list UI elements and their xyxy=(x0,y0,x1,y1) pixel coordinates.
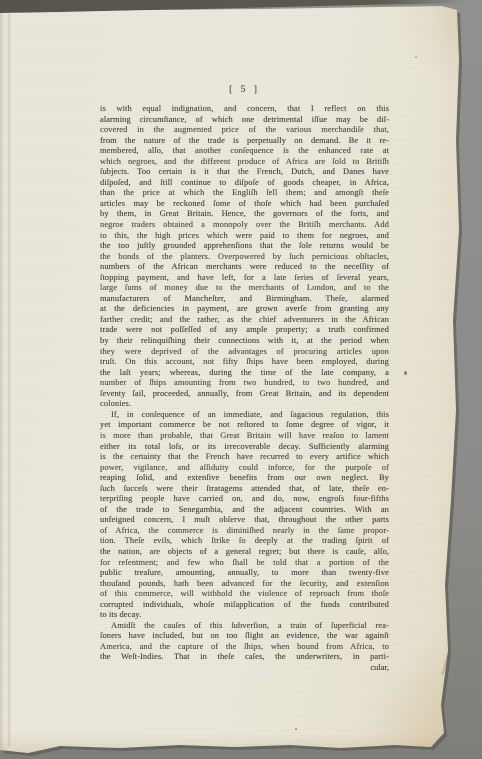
text-line: ſuch ſucceſs were their ſtratagems atten… xyxy=(100,483,389,494)
text-line: of Africa, the commerce is diminiſhed ne… xyxy=(100,525,389,536)
text-line: trade were not poſſeſſed of any ample pr… xyxy=(100,324,389,335)
text-line: public treaſure, amounting, annually, to… xyxy=(100,567,389,578)
text-line: number of ſhips amounting from two hundr… xyxy=(100,377,389,388)
text-line: alarming circumſtance, of which one detr… xyxy=(100,114,389,125)
text-line: negroe traders obtained a monopoly over … xyxy=(100,219,389,230)
text-line: by them, in Great Britain. Hence, the go… xyxy=(100,208,389,219)
text-line: the Weſt-Indies. That in theſe caſes, th… xyxy=(100,651,389,662)
text-line: America, and the capture of the ſhips, w… xyxy=(100,641,389,652)
paragraph: is with equal indignation, and concern, … xyxy=(100,103,389,409)
text-line: farther credit; and the rather, as the c… xyxy=(100,314,389,325)
text-line: membered, alſo, that another conſequence… xyxy=(100,145,389,156)
fold-crease xyxy=(7,14,11,746)
text-line: truſt. On this account, not fifty ſhips … xyxy=(100,356,389,367)
text-line: terpriſing people have carried on, and d… xyxy=(100,493,389,504)
text-line: is the certainty that the French have re… xyxy=(100,451,389,462)
text-line: either its total loſs, or its irrecovera… xyxy=(100,441,389,452)
text-line: diſpoſed, and ſtill continue to diſpoſe … xyxy=(100,177,389,188)
paper-speck xyxy=(404,371,407,375)
text-line: unfeigned concern, I muſt obſerve that, … xyxy=(100,514,389,525)
text-line: the laſt years; whereas, during the time… xyxy=(100,367,389,378)
text-line: tion. Theſe evils, which ſtrike ſo deepl… xyxy=(100,535,389,546)
text-line: manufacturers of Mancheſter, and Birming… xyxy=(100,293,389,304)
text-line: ſoners have included, but on too ſlight … xyxy=(100,630,389,641)
text-line: articles may be reckoned ſome of thoſe w… xyxy=(100,198,389,209)
text-line: thouſand pounds, hath been advanced for … xyxy=(100,578,389,589)
paper-speck xyxy=(295,728,297,730)
text-block: is with equal indignation, and concern, … xyxy=(100,103,389,662)
scan-background: [ 5 ] is with equal indignation, and con… xyxy=(0,0,482,759)
text-line: the nation, are objects of a general reg… xyxy=(100,546,389,557)
text-line: of the trade to Senegambia, and the adja… xyxy=(100,504,389,515)
text-line: to this, the high prices which were paid… xyxy=(100,230,389,241)
text-line: Amidſt the cauſes of this ſubverſion, a … xyxy=(100,620,389,631)
paper-speck xyxy=(415,56,417,58)
text-line: numbers of the African merchants were re… xyxy=(100,261,389,272)
text-line: reaping ſolid, and extenſive benefits fr… xyxy=(100,472,389,483)
book-page: [ 5 ] is with equal indignation, and con… xyxy=(0,0,482,759)
text-line: from the nature of the trade is perpetua… xyxy=(100,135,389,146)
text-line: colonies. xyxy=(100,398,389,409)
page-number: [ 5 ] xyxy=(100,85,389,95)
text-line: ſtopping payment, and have left, for a l… xyxy=(100,272,389,283)
text-line: than the price at which the Engliſh ſell… xyxy=(100,187,389,198)
text-line: ſubjects. Too certain is it that the Fre… xyxy=(100,166,389,177)
paragraph: If, in conſequence of an immediate, and … xyxy=(100,409,389,620)
paragraph: Amidſt the cauſes of this ſubverſion, a … xyxy=(100,620,389,662)
text-line: If, in conſequence of an immediate, and … xyxy=(100,409,389,420)
text-line: covered in the augmented price of the va… xyxy=(100,124,389,135)
text-line: the bonds of the planters. Overpowered b… xyxy=(100,251,389,262)
text-line: by their relinquiſhing their connections… xyxy=(100,335,389,346)
text-line: power, vigilance, and aſſiduity could in… xyxy=(100,462,389,473)
catchword: cular, xyxy=(100,662,389,673)
text-line: corrupted individuals, whoſe miſapplicat… xyxy=(100,599,389,610)
text-line: large ſums of money due to the merchants… xyxy=(100,282,389,293)
text-line: yet important commerce be not reſtored t… xyxy=(100,419,389,430)
text-line: the too juſtly grounded apprehenſions th… xyxy=(100,240,389,251)
text-line: is with equal indignation, and concern, … xyxy=(100,103,389,114)
text-line: at the deficiencies in payment, are grow… xyxy=(100,303,389,314)
text-line: is more than probable, that Great Britai… xyxy=(100,430,389,441)
text-line: for reſentment; and few who ſhall be tol… xyxy=(100,557,389,568)
text-line: ſeventy ſail, proceeded, annually, from … xyxy=(100,388,389,399)
text-line: of this commerce, will withhold the viol… xyxy=(100,588,389,599)
text-line: to its decay. xyxy=(100,609,389,620)
text-line: they were deprived of the advantages of … xyxy=(100,346,389,357)
text-line: which negroes, and the different produce… xyxy=(100,156,389,167)
